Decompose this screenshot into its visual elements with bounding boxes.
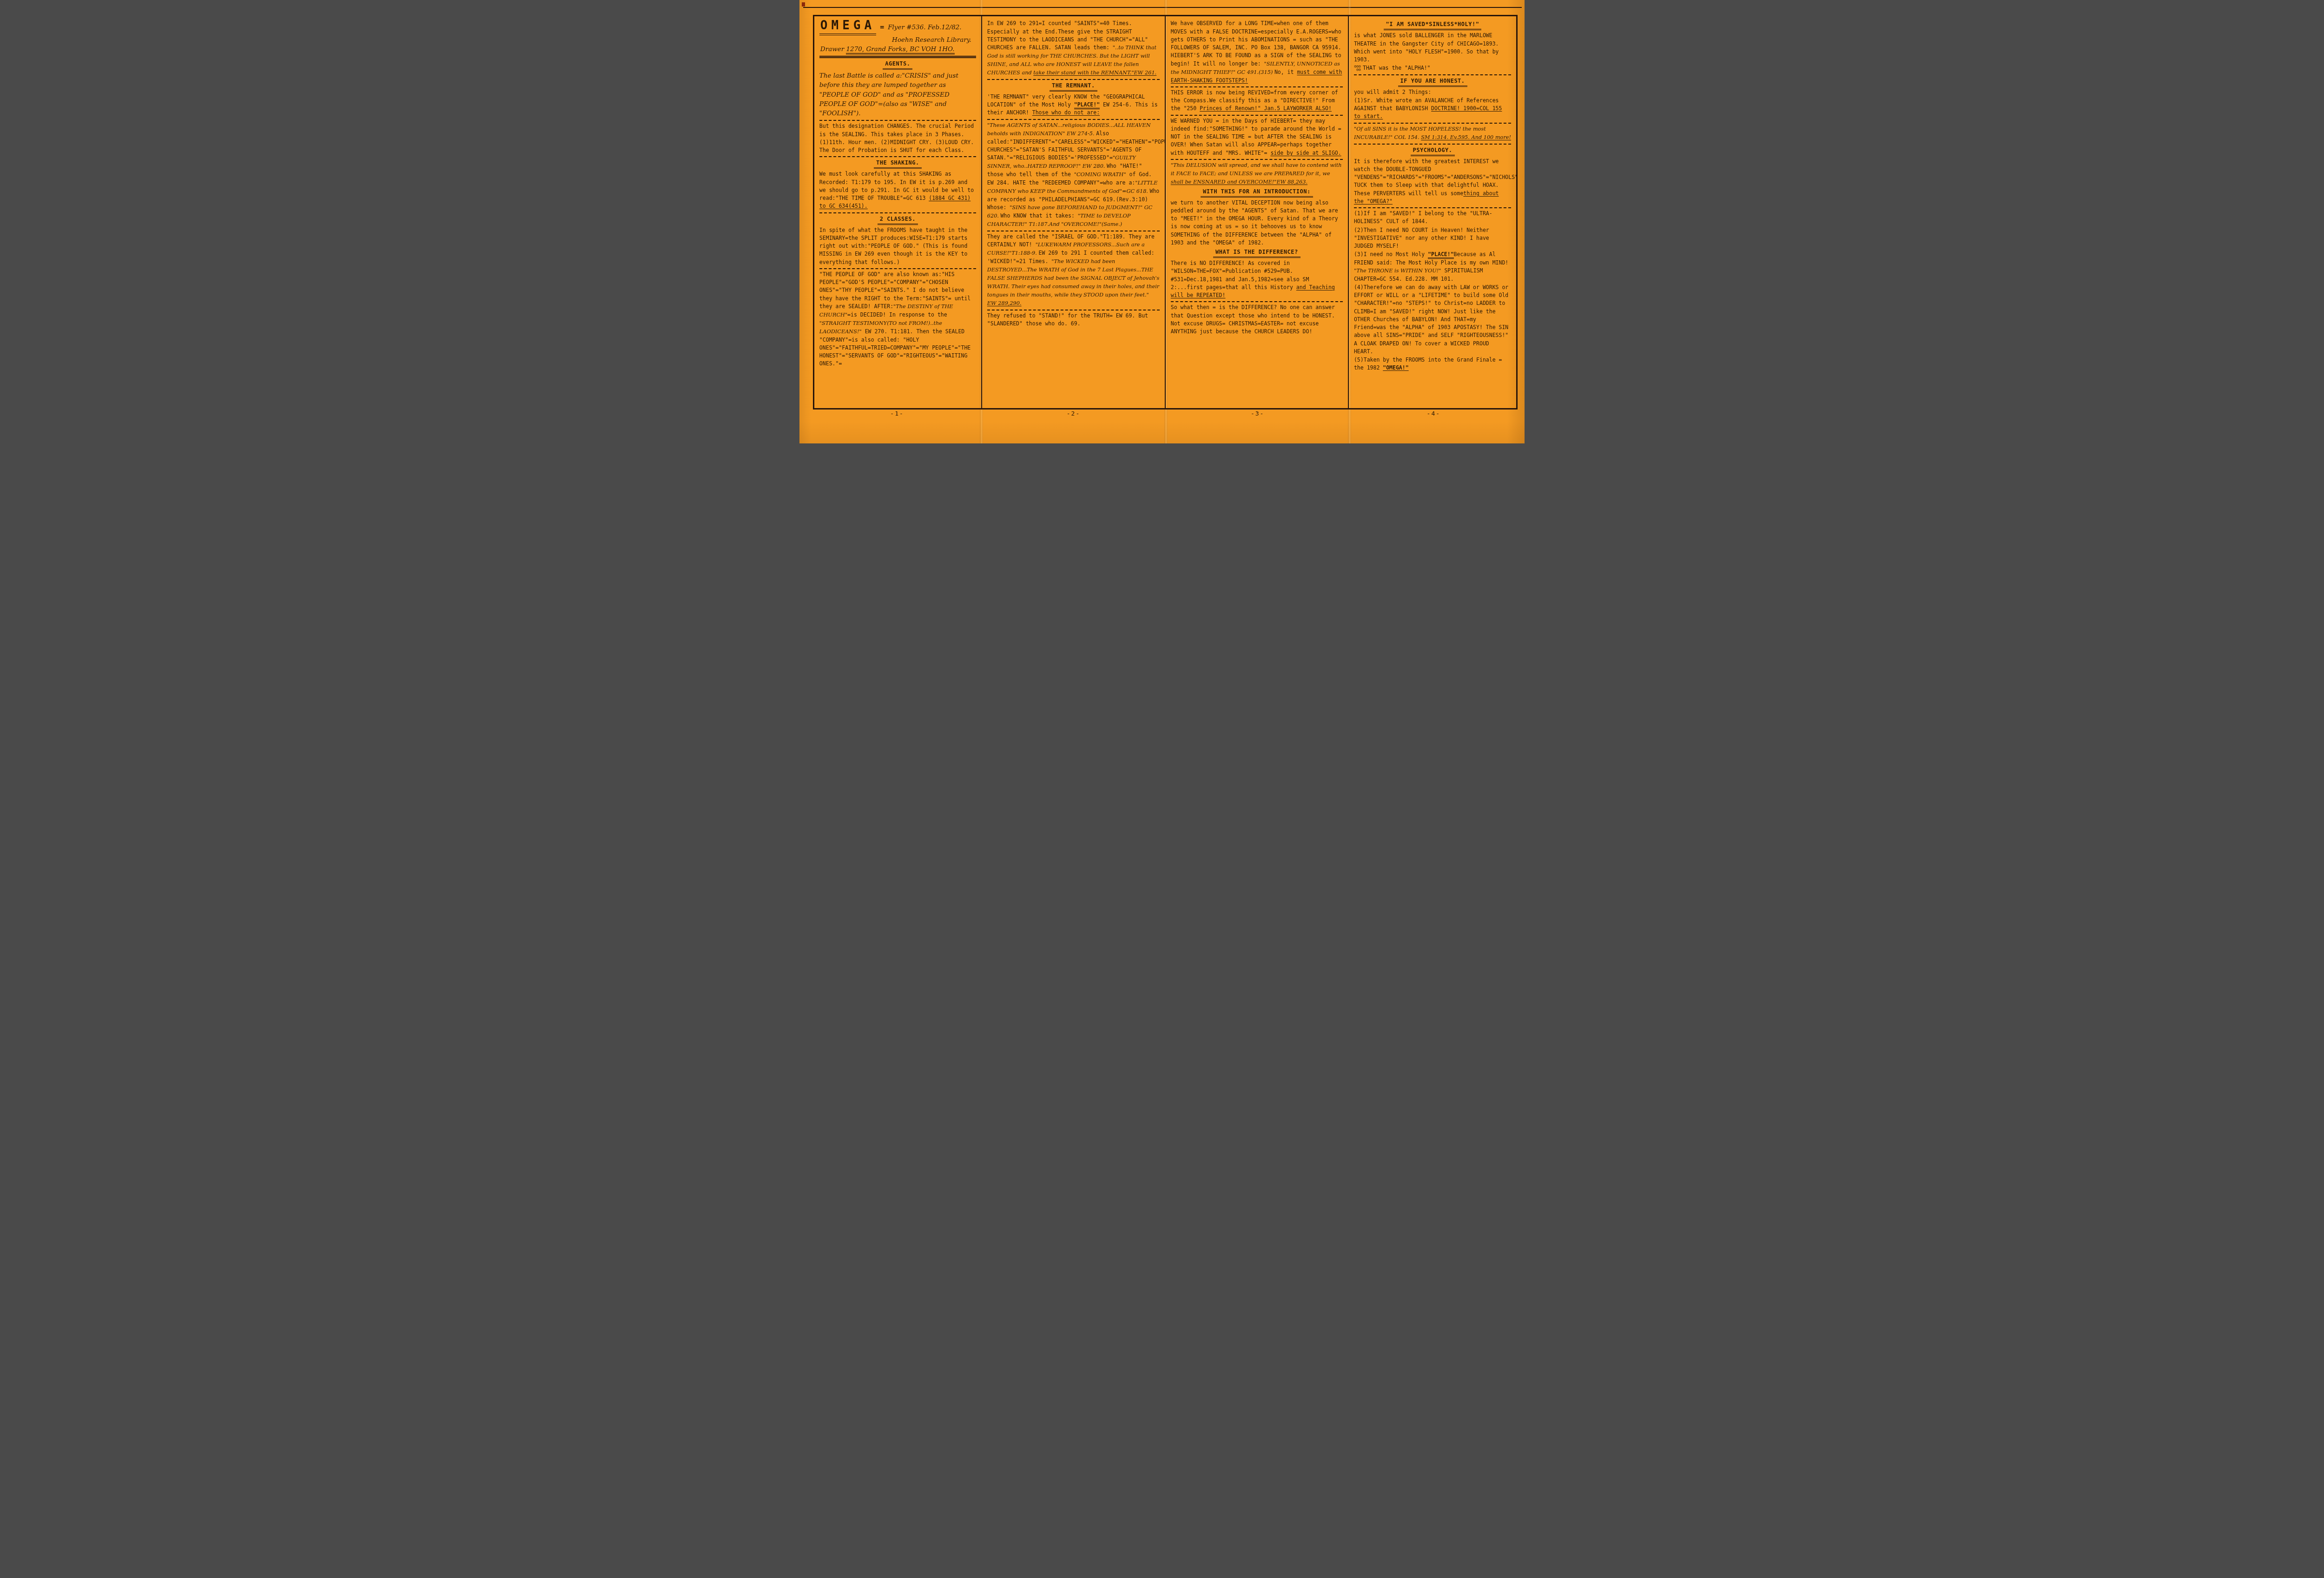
page-number: -3- — [1166, 410, 1350, 417]
border-line — [803, 7, 1522, 8]
section-heading: WHAT IS THE DIFFERENCE? — [1213, 248, 1301, 258]
text-segment: In spite of what the FROOMS have taught … — [819, 227, 968, 265]
dashed-divider — [1354, 207, 1511, 208]
text-segment: No, it — [1274, 69, 1297, 75]
dashed-divider — [1354, 123, 1511, 124]
text-segment: (5)Taken by the FROOMS into the Grand Fi… — [1354, 357, 1502, 371]
text-segment: (2)Then I need NO COURT in Heaven! Neith… — [1354, 227, 1489, 250]
dashed-divider — [987, 79, 1160, 80]
text-segment: take their stand with the REMNANT."EW 26… — [1033, 70, 1156, 76]
section-heading: AGENTS. — [883, 59, 912, 70]
section-heading: 2 CLASSES. — [878, 215, 918, 225]
paragraph: We have OBSERVED for a LONG TIME=when on… — [1171, 20, 1343, 84]
text-segment: The last Battle is called a:"CRISIS" and… — [819, 72, 958, 117]
scan-stage: OMEGA=Flyer #536. Feb.12/82.Hoehn Resear… — [0, 0, 2324, 443]
paragraph: ✡✡✡ ✡✡THAT was the "ALPHA!" — [1354, 64, 1511, 72]
text-segment: "PLACE!" — [1074, 101, 1100, 109]
flyer-page: OMEGA=Flyer #536. Feb.12/82.Hoehn Resear… — [799, 0, 1525, 443]
text-segment: Who KNOW that it takes: — [1001, 212, 1078, 219]
masthead-brand: OMEGA — [819, 20, 876, 35]
text-segment: But this designation CHANGES. The crucia… — [819, 123, 974, 153]
text-segment: side by side at SLIGO. — [1270, 150, 1341, 156]
section-heading: THE REMNANT. — [1050, 81, 1097, 92]
text-segment: (1)If I am "SAVED!" I belong to the "ULT… — [1354, 210, 1492, 224]
text-segment: (3)I need no Most Holy — [1354, 251, 1428, 257]
text-segment: (4)Therefore we can do away with LAW or … — [1354, 284, 1508, 355]
masthead-equals: = — [880, 22, 884, 33]
page-number: -1- — [813, 410, 981, 417]
paragraph: We must look carefully at this SHAKING a… — [819, 170, 976, 210]
text-segment: We have OBSERVED for a LONG TIME=when on… — [1171, 20, 1341, 66]
text-segment: =is DECIDED! In response to the — [847, 311, 947, 318]
paragraph: "This DELUSION will spread, and we shall… — [1171, 161, 1343, 186]
dashed-divider — [1171, 301, 1343, 302]
page-frame: OMEGA=Flyer #536. Feb.12/82.Hoehn Resear… — [813, 15, 1518, 409]
text-segment: Princes of Renown!" Jan.5 LAYWORKER ALSO… — [1200, 105, 1332, 112]
library-name: Hoehn Research Library. — [892, 36, 971, 44]
paragraph: (1)Sr. White wrote an AVALANCHE of Refer… — [1354, 97, 1511, 121]
text-segment: "The THRONE is WITHIN YOU!" — [1354, 268, 1441, 274]
dashed-divider — [987, 231, 1160, 231]
section-heading: PSYCHOLOGY. — [1411, 146, 1455, 156]
dashed-divider — [987, 119, 1160, 120]
section-heading: IF YOU ARE HONEST. — [1398, 77, 1467, 87]
column-3: We have OBSERVED for a LONG TIME=when on… — [1166, 16, 1349, 408]
column-4: "I AM SAVED*SINLESS*HOLY!"is what JONES … — [1349, 16, 1516, 408]
page-number: -2- — [981, 410, 1166, 417]
paragraph: "Of all SINS it is the MOST HOPELESS! th… — [1354, 125, 1511, 142]
text-segment: Those who do not are: — [1032, 109, 1100, 116]
dashed-divider — [1354, 144, 1511, 145]
dashed-divider — [819, 268, 976, 269]
paragraph: is what JONES sold BALLENGER in the MARL… — [1354, 32, 1511, 64]
text-segment: "This DELUSION will spread, and we shall… — [1171, 162, 1342, 177]
paragraph: WE WARNED YOU = in the Days of HIEBERT= … — [1171, 117, 1343, 157]
paragraph: THIS ERROR is now being REVIVED=from eve… — [1171, 89, 1343, 113]
text-segment: EW 289,290. — [987, 300, 1022, 306]
dashed-divider — [1171, 159, 1343, 160]
paragraph: The last Battle is called a:"CRISIS" and… — [819, 71, 976, 118]
paragraph: (2)Then I need NO COURT in Heaven! Neith… — [1354, 226, 1511, 251]
text-segment: "These AGENTS of SATAN...religious BODIE… — [987, 122, 1151, 137]
dashed-divider — [1354, 74, 1511, 75]
text-segment: "COMING WRATH" — [1074, 172, 1126, 178]
scan-mark — [802, 2, 805, 7]
paragraph: (4)Therefore we can do away with LAW or … — [1354, 284, 1511, 356]
section-heading: WITH THIS FOR AN INTRODUCTION: — [1201, 187, 1313, 198]
paragraph: 'THE REMNANT" very clearly KNOW the "GEO… — [987, 93, 1160, 117]
section-heading: THE SHAKING. — [874, 158, 922, 169]
paragraph: So what then = is the DIFFERENCE? No one… — [1171, 304, 1343, 336]
text-segment: we turn to another VITAL DECEPTION now b… — [1171, 199, 1338, 246]
flyer-number: Flyer #536. Feb.12/82. — [888, 23, 961, 32]
text-segment: "PLACE!" — [1428, 251, 1453, 259]
paragraph: It is therefore with the greatest INTERE… — [1354, 158, 1511, 206]
text-segment: "OMEGA!" — [1383, 364, 1408, 371]
star-of-david-cluster-icon: ✡✡✡ ✡✡ — [1354, 65, 1360, 72]
paragraph: They refused to "STAND!" for the TRUTH= … — [987, 312, 1160, 328]
dashed-divider — [819, 120, 976, 121]
text-segment: shall be ENSNARED and OVERCOME!"EW 88,26… — [1171, 179, 1307, 185]
paragraph: (3)I need no Most Holy "PLACE!"Because a… — [1354, 251, 1511, 283]
dashed-divider — [819, 156, 976, 157]
paragraph: you will admit 2 Things: — [1354, 88, 1511, 96]
text-segment: SM 1:314. Ev.595. And 100 more! — [1421, 134, 1511, 140]
paragraph: In EW 269 to 291=I counted "SAINTS"=40 T… — [987, 20, 1160, 77]
text-segment: So what then = is the DIFFERENCE? No one… — [1171, 304, 1335, 335]
paragraph: In spite of what the FROOMS have taught … — [819, 226, 976, 266]
paragraph: "THE PEOPLE OF GOD" are also known as:"H… — [819, 271, 976, 368]
text-segment: There is NO DIFFERENCE! As covered in "W… — [1171, 260, 1309, 291]
column-grid: OMEGA=Flyer #536. Feb.12/82.Hoehn Resear… — [814, 16, 1516, 408]
mailing-address: 1270, Grand Forks, BC VOH 1HO. — [846, 46, 954, 54]
page-footer: -1- -2- -3- -4- — [813, 410, 1518, 417]
double-rule — [819, 56, 976, 58]
paragraph: "These AGENTS of SATAN...religious BODIE… — [987, 121, 1160, 229]
dashed-divider — [819, 212, 976, 213]
paragraph: (1)If I am "SAVED!" I belong to the "ULT… — [1354, 210, 1511, 226]
paragraph: There is NO DIFFERENCE! As covered in "W… — [1171, 259, 1343, 299]
dashed-divider — [1171, 86, 1343, 87]
column-1: OMEGA=Flyer #536. Feb.12/82.Hoehn Resear… — [814, 16, 982, 408]
paragraph: They are called the "ISRAEL OF GOD."T1:1… — [987, 233, 1160, 308]
section-heading: "I AM SAVED*SINLESS*HOLY!" — [1384, 20, 1482, 30]
page-number: -4- — [1350, 410, 1518, 417]
paragraph: But this designation CHANGES. The crucia… — [819, 122, 976, 154]
dashed-divider — [987, 310, 1160, 310]
paragraph: we turn to another VITAL DECEPTION now b… — [1171, 199, 1343, 247]
text-segment: Drawer — [820, 46, 846, 53]
paragraph: (5)Taken by the FROOMS into the Grand Fi… — [1354, 356, 1511, 372]
text-segment: you will admit 2 Things: — [1354, 89, 1431, 95]
text-segment: They refused to "STAND!" for the TRUTH= … — [987, 312, 1148, 327]
text-segment: THAT was the "ALPHA!" — [1363, 64, 1430, 72]
masthead: OMEGA=Flyer #536. Feb.12/82.Hoehn Resear… — [819, 20, 976, 54]
column-2: In EW 269 to 291=I counted "SAINTS"=40 T… — [982, 16, 1166, 408]
text-segment: is what JONES sold BALLENGER in the MARL… — [1354, 32, 1499, 63]
dashed-divider — [1171, 115, 1343, 116]
